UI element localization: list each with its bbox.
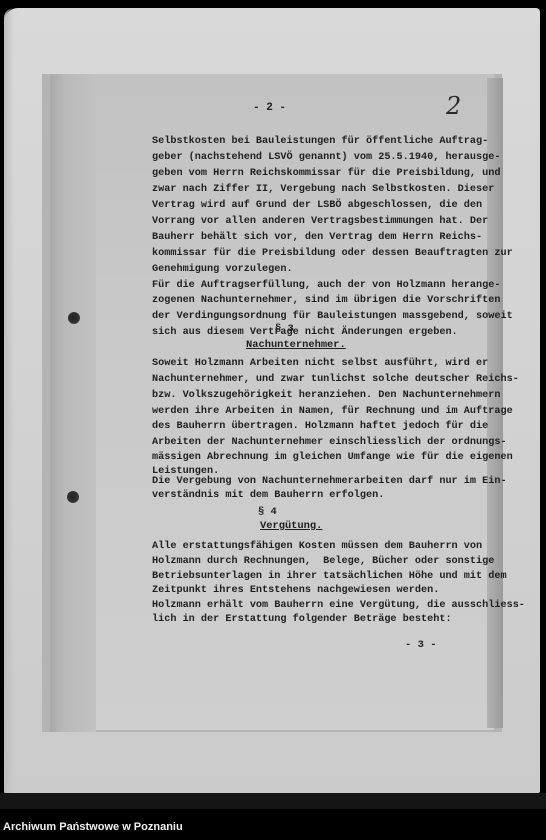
mount-edge bbox=[4, 8, 14, 793]
text-line: sich aus diesem Vertrage nicht Änderunge… bbox=[152, 327, 458, 338]
text-line: geber (nachstehend LSVÖ genannt) vom 25.… bbox=[152, 152, 500, 163]
text-line: bzw. Volkszugehörigkeit heranziehen. Den… bbox=[152, 390, 500, 401]
punch-hole-icon bbox=[67, 491, 79, 503]
text-line: des Bauherrn übertragen. Holzmann haftet… bbox=[152, 421, 488, 432]
text-line: Alle erstattungsfähigen Kosten müssen de… bbox=[152, 541, 482, 552]
text-line: Für die Auftragserfüllung, auch der von … bbox=[152, 280, 500, 291]
text-line: Betriebsunterlagen in ihrer tatsächliche… bbox=[152, 571, 507, 582]
text-line: Holzmann erhält vom Bauherrn eine Vergüt… bbox=[152, 600, 525, 611]
text-line: der Verdingungsordnung für Bauleistungen… bbox=[152, 311, 513, 322]
text-line: Die Vergebung von Nachunternehmerarbeite… bbox=[152, 476, 507, 487]
archive-caption: Archiwum Państwowe w Poznaniu bbox=[3, 821, 183, 833]
text-line: Arbeiten der Nachunternehmer einschliess… bbox=[152, 437, 507, 448]
text-line: Genehmigung vorzulegen. bbox=[152, 264, 293, 275]
section-4-number: § 4 bbox=[258, 506, 277, 518]
punch-hole-icon bbox=[68, 312, 80, 324]
text-line: lich in der Erstattung folgender Beträge… bbox=[152, 614, 452, 625]
text-line: mässigen Abrechnung im gleichen Umfange … bbox=[152, 452, 513, 463]
text-line: kommissar für die Preisbildung oder dess… bbox=[152, 248, 513, 259]
handwritten-folio-number: 2 bbox=[446, 92, 461, 120]
text-line: geben vom Herrn Reichskommissar für die … bbox=[152, 168, 500, 179]
text-line: Vertrag wird auf Grund der LSBÖ abgeschl… bbox=[152, 200, 482, 211]
text-line: zwar nach Ziffer II, Vergebung nach Selb… bbox=[152, 184, 494, 195]
section-3-title: Nachunternehmer. bbox=[246, 339, 346, 351]
text-line: zogenen Nachunternehmer, sind im übrigen… bbox=[152, 295, 500, 306]
page-number-bottom: - 3 - bbox=[405, 639, 437, 651]
film-edge-strip bbox=[0, 793, 546, 809]
page-number-top: - 2 - bbox=[253, 102, 286, 114]
text-line: Nachunternehmer, und zwar tunlichst solc… bbox=[152, 374, 519, 385]
sheet-binding-fold bbox=[50, 74, 96, 732]
text-line: Bauherr behält sich vor, den Vertrag dem… bbox=[152, 232, 482, 243]
text-line: verständnis mit dem Bauherrn erfolgen. bbox=[152, 490, 384, 501]
text-line: Selbstkosten bei Bauleistungen für öffen… bbox=[152, 136, 488, 147]
text-line: Zeitpunkt ihres Entstehens nachgewiesen … bbox=[152, 585, 439, 596]
text-line: Soweit Holzmann Arbeiten nicht selbst au… bbox=[152, 358, 488, 369]
text-line: werden ihre Arbeiten in Namen, für Rechn… bbox=[152, 406, 513, 417]
text-line: Vorrang vor allen anderen Vertragsbestim… bbox=[152, 216, 488, 227]
section-4-title: Vergütung. bbox=[260, 520, 322, 532]
section-3-number: § 3 bbox=[275, 323, 294, 335]
text-line: Holzmann durch Rechnungen, Belege, Büche… bbox=[152, 556, 494, 567]
